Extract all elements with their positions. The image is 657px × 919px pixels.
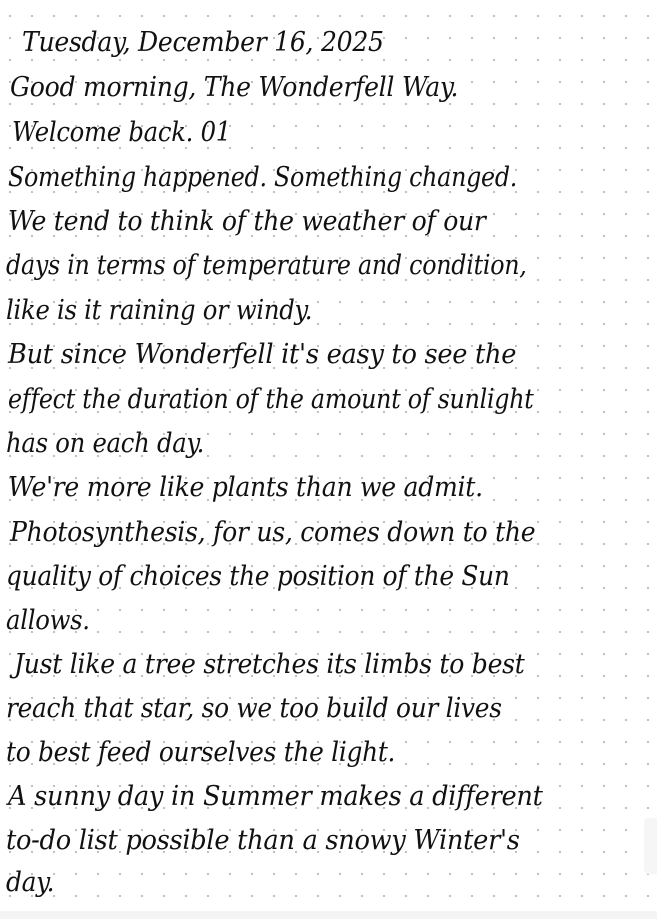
journal-line: We tend to think of the weather of our [8,207,486,237]
journal-line: Photosynthesis, for us, comes down to th… [10,518,535,548]
journal-line: like is it raining or windy. [6,296,312,326]
dot-grid-page: Tuesday, December 16, 2025 Good morning,… [0,0,657,911]
journal-line: We're more like plants than we admit. [8,473,483,503]
journal-line: quality of choices the position of the S… [6,562,510,592]
journal-line: reach that star, so we too build our liv… [6,694,502,724]
page-edge-tab [644,818,657,874]
journal-line: days in terms of temperature and conditi… [6,251,527,281]
journal-line: allows. [6,606,90,636]
journal-date: Tuesday, December 16, 2025 [22,28,384,58]
journal-line: to-do list possible than a snowy Winter'… [6,826,520,856]
journal-greeting: Good morning, The Wonderfell Way. [10,73,458,103]
page-bottom-edge [0,911,657,919]
journal-line: But since Wonderfell it's easy to see th… [8,340,516,370]
journal-line: has on each day. [6,429,204,459]
journal-welcome: Welcome back. 01 [12,118,231,148]
journal-line: A sunny day in Summer makes a different [8,782,543,812]
journal-line: to best feed ourselves the light. [6,738,395,768]
journal-line: Just like a tree stretches its limbs to … [14,650,525,680]
journal-line: day. [6,868,54,898]
journal-line: Something happened. Something changed. [8,163,517,193]
journal-line: effect the duration of the amount of sun… [8,385,534,415]
